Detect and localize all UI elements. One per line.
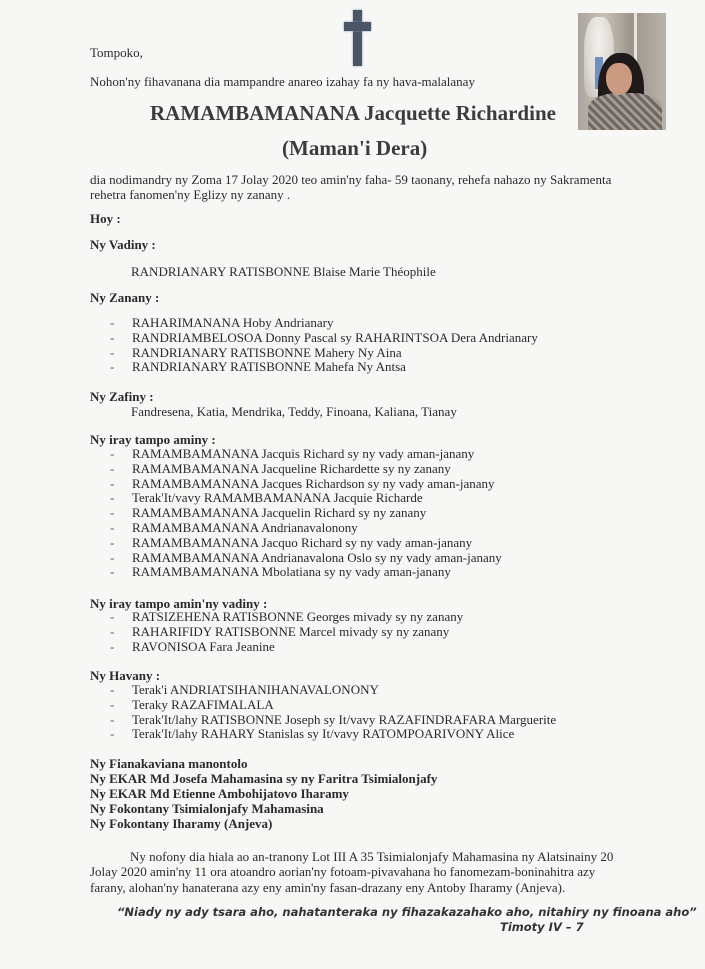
list-item: -RAMAMBAMANANA Jacquis Richard sy ny vad…	[110, 447, 502, 462]
others-line: Ny Fokontany Iharamy (Anjeva)	[90, 816, 272, 831]
list-item: -Terak'It/lahy RAHARY Stanislas sy It/va…	[110, 727, 556, 742]
list-item: -RAHARIMANANA Hoby Andrianary	[110, 316, 538, 331]
list-item: -RAMAMBAMANANA Jacques Richardson sy ny …	[110, 477, 502, 492]
list-item: -RATSIZEHENA RATISBONNE Georges mivady s…	[110, 610, 463, 625]
list-item: -RAMAMBAMANANA Mbolatiana sy ny vady ama…	[110, 565, 502, 580]
portrait-photo	[578, 13, 666, 130]
section-havany-label: Ny Havany :	[90, 668, 160, 683]
deceased-name: RAMAMBAMANANA Jacquette Richardine	[150, 101, 556, 126]
list-item: -RANDRIANARY RATISBONNE Mahery Ny Aina	[110, 346, 538, 361]
list-item: -RAMAMBAMANANA Andrianavalona Oslo sy ny…	[110, 551, 502, 566]
funeral-line-3: farany, alohan'ny hanaterana azy eny ami…	[90, 880, 565, 895]
section-zafiny-label: Ny Zafiny :	[90, 389, 154, 404]
zanany-list: -RAHARIMANANA Hoby Andrianary -RANDRIAMB…	[110, 316, 538, 375]
greeting: Tompoko,	[90, 45, 143, 60]
section-hoy-label: Hoy :	[90, 211, 121, 226]
bible-quote-source: Timoty IV – 7	[500, 920, 584, 934]
section-zanany-label: Ny Zanany :	[90, 290, 159, 305]
list-item: -RANDRIAMBELOSOA Donny Pascal sy RAHARIN…	[110, 331, 538, 346]
bible-quote: “Niady ny ady tsara aho, nahatanteraka n…	[117, 905, 697, 919]
list-item: -RANDRIANARY RATISBONNE Mahefa Ny Antsa	[110, 360, 538, 375]
funeral-line-2: Jolay 2020 amin'ny 11 ora atoandro aoria…	[90, 864, 595, 879]
others-line: Ny EKAR Md Josefa Mahamasina sy ny Farit…	[90, 771, 437, 786]
list-item: -Terak'i ANDRIATSIHANIHANAVALONONY	[110, 683, 556, 698]
list-item: -RAMAMBAMANANA Jacquelin Richard sy ny z…	[110, 506, 502, 521]
obituary-page: Tompoko, Nohon'ny fihavanana dia mampand…	[0, 0, 705, 969]
list-item: -RAMAMBAMANANA Jacqueline Richardette sy…	[110, 462, 502, 477]
list-item: -RAMAMBAMANANA Andrianavalonony	[110, 521, 502, 536]
iray-tampo-list: -RAMAMBAMANANA Jacquis Richard sy ny vad…	[110, 447, 502, 580]
death-notice-line-2: rehetra fanomen'ny Eglizy ny zanany .	[90, 187, 290, 202]
list-item: -RAMAMBAMANANA Jacquo Richard sy ny vady…	[110, 536, 502, 551]
others-line: Ny Fianakaviana manontolo	[90, 756, 247, 771]
section-iray-tampo-label: Ny iray tampo aminy :	[90, 432, 216, 447]
section-zafiny-value: Fandresena, Katia, Mendrika, Teddy, Fino…	[131, 404, 457, 419]
deceased-nickname: (Maman'i Dera)	[282, 136, 427, 161]
list-item: -Terak'It/vavy RAMAMBAMANANA Jacquie Ric…	[110, 491, 502, 506]
iray-tampo-vadiny-list: -RATSIZEHENA RATISBONNE Georges mivady s…	[110, 610, 463, 654]
others-line: Ny EKAR Md Etienne Ambohijatovo Iharamy	[90, 786, 349, 801]
section-vadiny-label: Ny Vadiny :	[90, 237, 156, 252]
list-item: -RAHARIFIDY RATISBONNE Marcel mivady sy …	[110, 625, 463, 640]
death-notice-line-1: dia nodimandry ny Zoma 17 Jolay 2020 teo…	[90, 172, 611, 187]
list-item: -Teraky RAZAFIMALALA	[110, 698, 556, 713]
others-line: Ny Fokontany Tsimialonjafy Mahamasina	[90, 801, 324, 816]
section-vadiny-value: RANDRIANARY RATISBONNE Blaise Marie Théo…	[131, 264, 436, 279]
havany-list: -Terak'i ANDRIATSIHANIHANAVALONONY -Tera…	[110, 683, 556, 742]
list-item: -Terak'It/lahy RATISBONNE Joseph sy It/v…	[110, 713, 556, 728]
list-item: -RAVONISOA Fara Jeanine	[110, 640, 463, 655]
intro-text: Nohon'ny fihavanana dia mampandre anareo…	[90, 74, 475, 89]
funeral-line-1: Ny nofony dia hiala ao an-tranony Lot II…	[130, 849, 613, 864]
cross-icon	[344, 10, 371, 66]
